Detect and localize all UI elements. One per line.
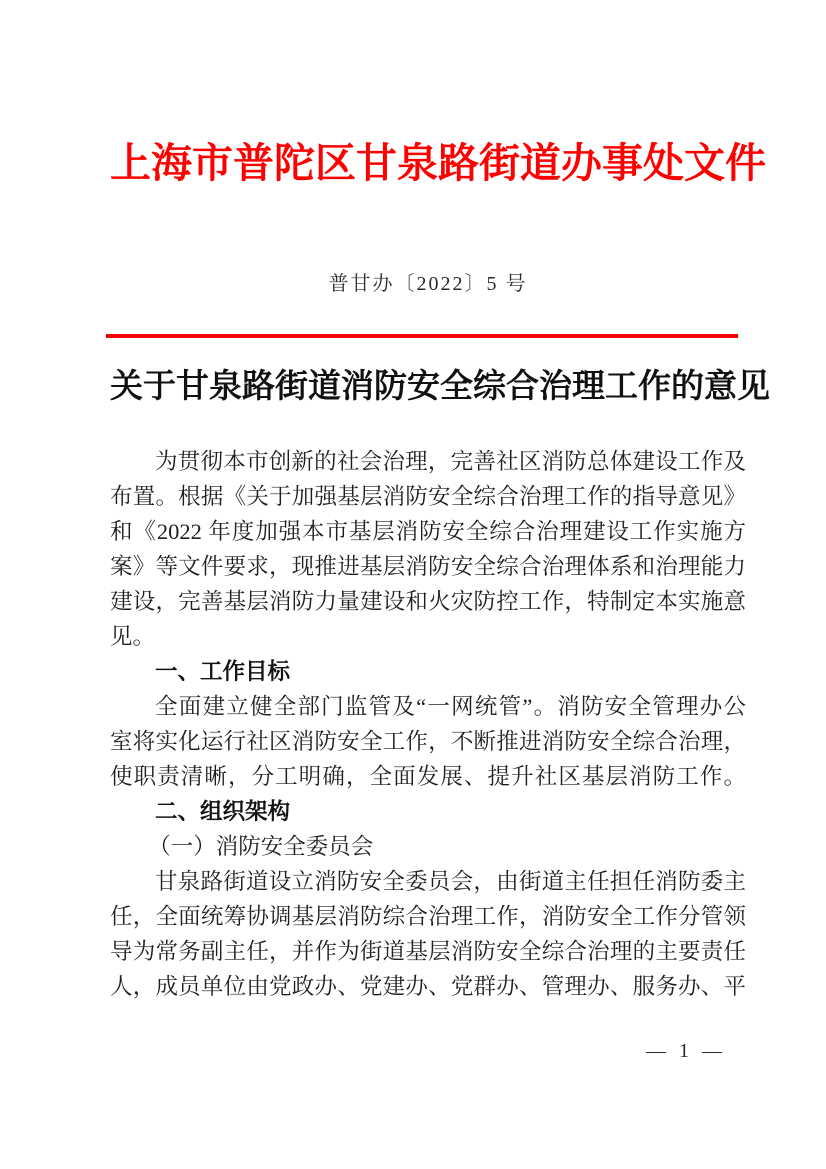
text-line: 一、工作目标 — [110, 654, 746, 689]
text-line: 任，全面统筹协调基层消防综合治理工作，消防安全工作分管领 — [110, 899, 746, 934]
document-number: 普甘办〔2022〕5 号 — [110, 272, 746, 296]
page-number: — 1 — — [110, 1038, 746, 1064]
document-header-title: 上海市普陀区甘泉路街道办事处文件 — [110, 138, 746, 188]
paragraph: 甘泉路街道设立消防安全委员会，由街道主任担任消防委主任，全面统筹协调基层消防综合… — [110, 864, 746, 1004]
section-heading1: 一、工作目标 — [110, 654, 746, 689]
text-line: 二、组织架构 — [110, 794, 746, 829]
text-line: 布置。根据《关于加强基层消防安全综合治理工作的指导意见》 — [110, 479, 746, 514]
red-separator-line — [106, 334, 738, 338]
paragraph: 全面建立健全部门监管及“一网统管”。消防安全管理办公室将实化运行社区消防安全工作… — [110, 689, 746, 794]
text-line: 导为常务副主任，并作为街道基层消防安全综合治理的主要责任 — [110, 934, 746, 969]
text-line: （一）消防安全委员会 — [110, 829, 746, 864]
text-line: 甘泉路街道设立消防安全委员会，由街道主任担任消防委主 — [110, 864, 746, 899]
paragraph: 为贯彻本市创新的社会治理，完善社区消防总体建设工作及布置。根据《关于加强基层消防… — [110, 444, 746, 654]
document-title: 关于甘泉路街道消防安全综合治理工作的意见 — [110, 366, 746, 408]
text-line: 建设，完善基层消防力量建设和火灾防控工作，特制定本实施意 — [110, 584, 746, 619]
text-line: 见。 — [110, 619, 746, 654]
text-line: 为贯彻本市创新的社会治理，完善社区消防总体建设工作及 — [110, 444, 746, 479]
text-line: 全面建立健全部门监管及“一网统管”。消防安全管理办公 — [110, 689, 746, 724]
text-line: 使职责清晰，分工明确，全面发展、提升社区基层消防工作。 — [110, 759, 746, 794]
document-content: 上海市普陀区甘泉路街道办事处文件 普甘办〔2022〕5 号 关于甘泉路街道消防安… — [110, 138, 746, 1064]
text-line: 人，成员单位由党政办、党建办、党群办、管理办、服务办、平 — [110, 969, 746, 1004]
document-body: 为贯彻本市创新的社会治理，完善社区消防总体建设工作及布置。根据《关于加强基层消防… — [110, 444, 746, 1004]
text-line: 和《2022 年度加强本市基层消防安全综合治理建设工作实施方 — [110, 514, 746, 549]
text-line: 室将实化运行社区消防安全工作，不断推进消防安全综合治理， — [110, 724, 746, 759]
text-line: 案》等文件要求，现推进基层消防安全综合治理体系和治理能力 — [110, 549, 746, 584]
section-heading2: （一）消防安全委员会 — [110, 829, 746, 864]
section-heading1: 二、组织架构 — [110, 794, 746, 829]
document-page: 上海市普陀区甘泉路街道办事处文件 普甘办〔2022〕5 号 关于甘泉路街道消防安… — [0, 0, 826, 1169]
